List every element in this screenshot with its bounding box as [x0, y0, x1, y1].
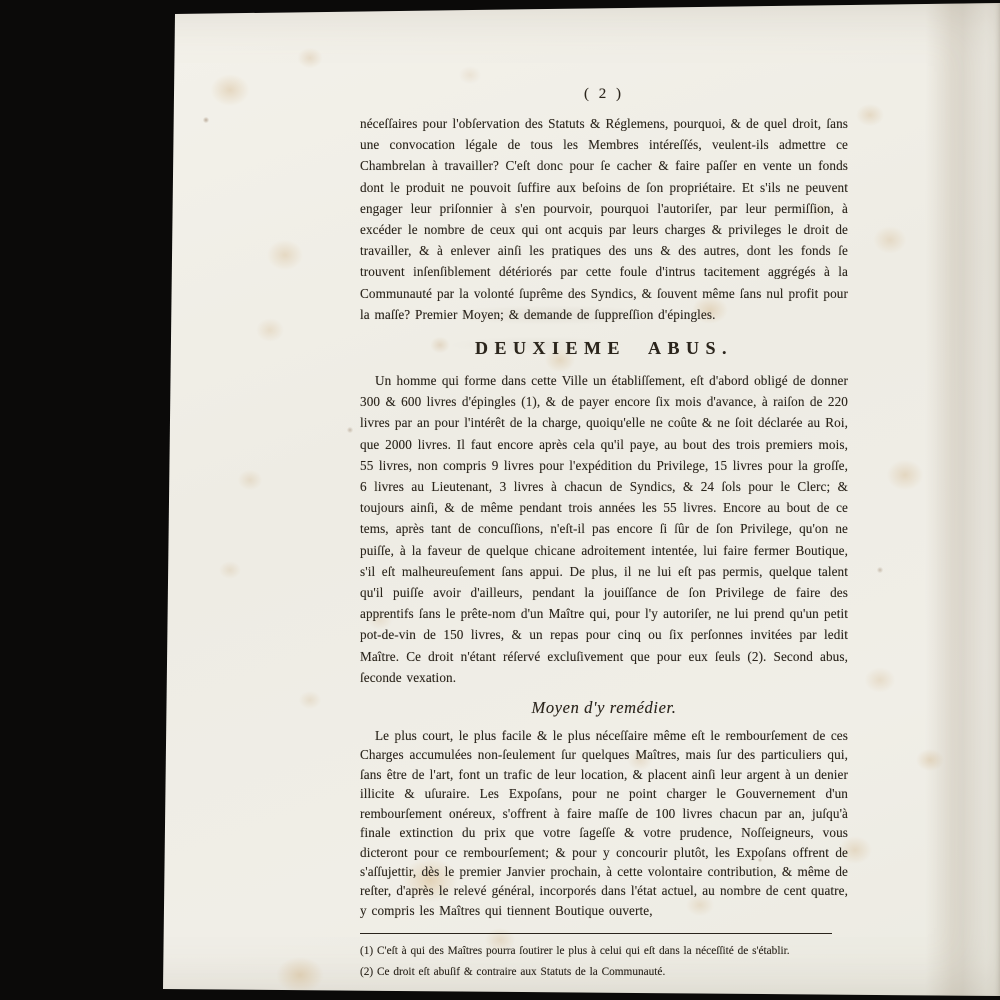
- page-number: ( 2 ): [360, 86, 848, 103]
- section-heading-deuxieme-abus: DEUXIEME ABUS.: [360, 338, 848, 359]
- page-content: ( 2 ) néceſſaires pour l'obſervation des…: [360, 86, 848, 983]
- paragraph-deuxieme-abus: Un homme qui forme dans cette Ville un é…: [360, 370, 848, 688]
- footnote-2: (2) Ce droit eſt abuſif & contraire aux …: [360, 963, 848, 982]
- scan-background: ( 2 ) néceſſaires pour l'obſervation des…: [0, 0, 1000, 1000]
- footnote-separator-rule: [360, 933, 832, 934]
- footnote-1: (1) C'eſt à qui des Maîtres pourra ſouti…: [360, 942, 848, 961]
- paragraph-moyen-remedier: Le plus court, le plus facile & le plus …: [360, 726, 848, 920]
- paragraph-continuation: néceſſaires pour l'obſervation des Statu…: [360, 113, 848, 325]
- section-heading-moyen-remedier: Moyen d'y remédier.: [360, 698, 848, 718]
